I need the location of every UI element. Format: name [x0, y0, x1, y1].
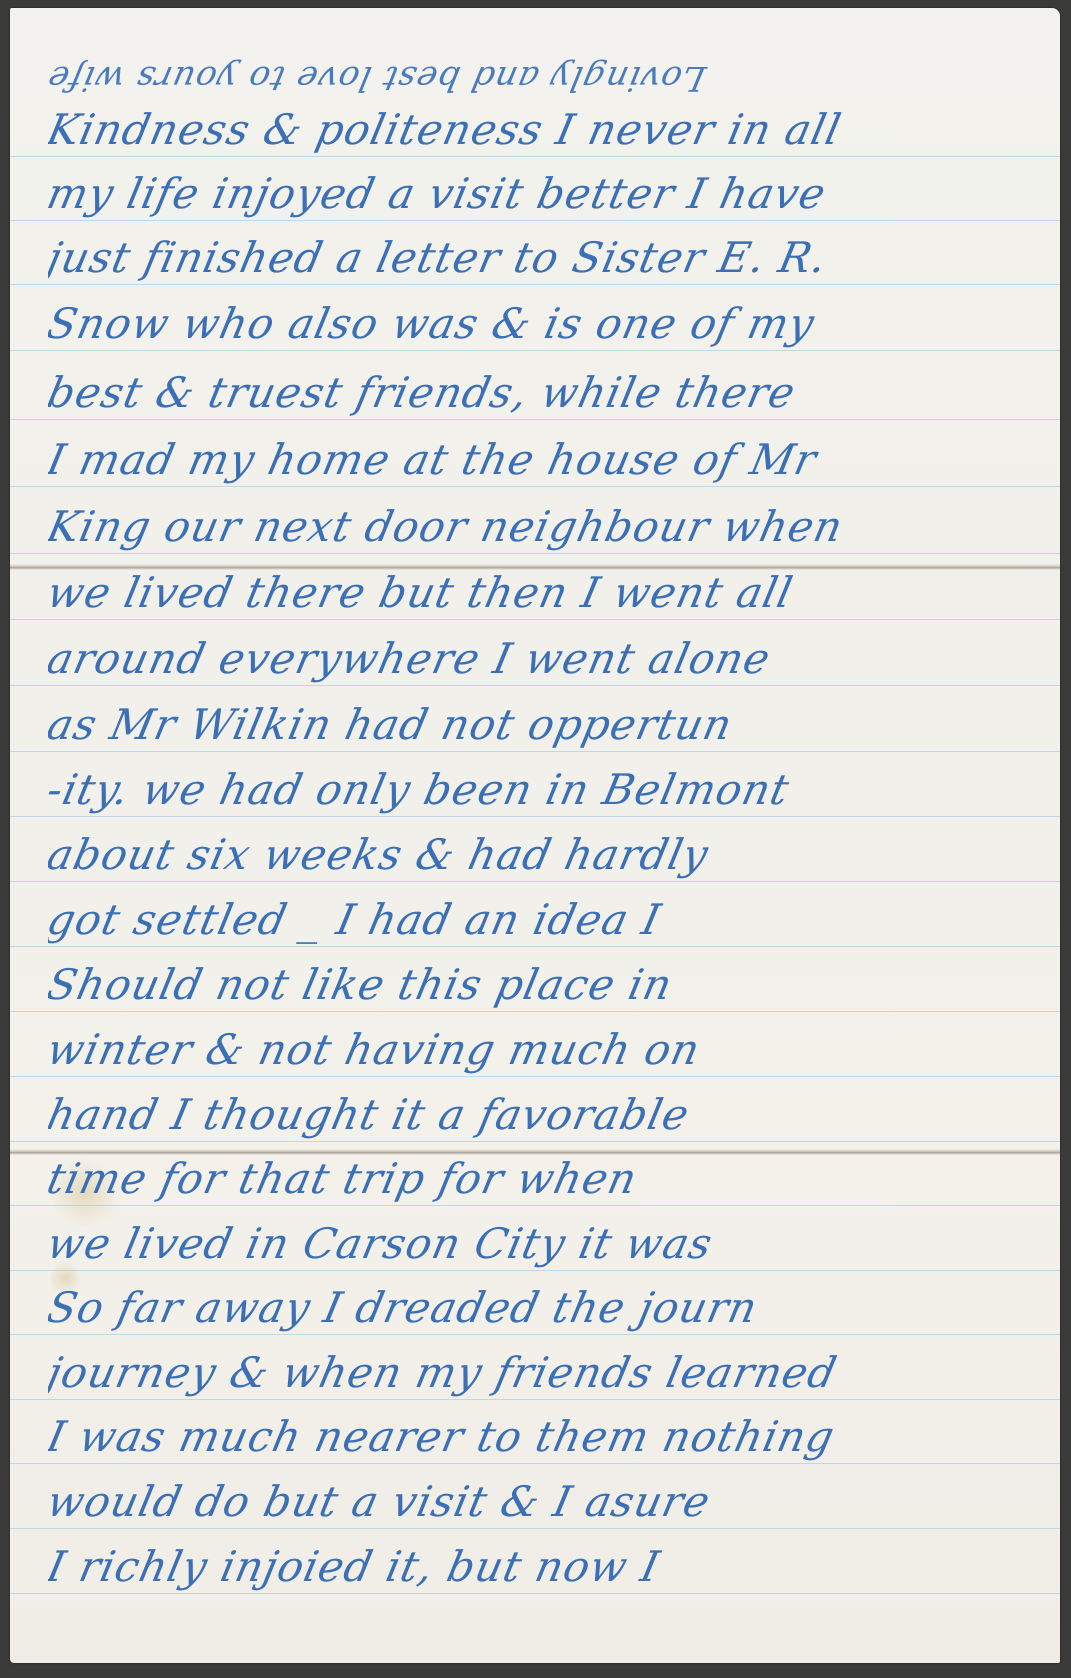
letter-page: Lovingly and best love to yours wife Kin… — [10, 8, 1060, 1663]
letter-line: best & truest friends, while there — [48, 363, 1040, 423]
letter-line: just finished a letter to Sister E. R. — [48, 228, 1040, 288]
letter-line: time for that trip for when — [48, 1149, 1040, 1209]
handwritten-text: just finished a letter to Sister E. R. — [48, 228, 833, 288]
letter-line: got settled _ I had an idea I — [48, 890, 1040, 950]
letter-line: we lived there but then I went all — [48, 563, 1040, 623]
letter-line: I richly injoied it, but now I — [48, 1537, 1040, 1597]
letter-line: my life injoyed a visit better I have — [48, 164, 1040, 224]
letter-line: journey & when my friends learned — [48, 1343, 1040, 1403]
letter-line: -ity. we had only been in Belmont — [48, 760, 1040, 820]
letter-line: Should not like this place in — [48, 955, 1040, 1015]
handwritten-text: time for that trip for when — [48, 1149, 643, 1209]
letter-line: Kindness & politeness I never in all — [48, 100, 1040, 160]
handwritten-text: got settled _ I had an idea I — [48, 890, 667, 950]
handwritten-text: Lovingly and best love to yours wife — [48, 48, 712, 108]
handwritten-text: we lived in Carson City it was — [48, 1214, 718, 1274]
letter-line: Snow who also was & is one of my — [48, 294, 1040, 354]
handwritten-text: hand I thought it a favorable — [48, 1085, 695, 1145]
letter-line: would do but a visit & I asure — [48, 1472, 1040, 1532]
letter-line: winter & not having much on — [48, 1020, 1040, 1080]
handwritten-text: best & truest friends, while there — [48, 363, 801, 423]
letter-line: hand I thought it a favorable — [48, 1085, 1040, 1145]
upside-down-closing-line: Lovingly and best love to yours wife — [48, 48, 1040, 108]
handwritten-text: would do but a visit & I asure — [48, 1472, 716, 1532]
handwritten-text: -ity. we had only been in Belmont — [48, 760, 795, 820]
letter-line: about six weeks & had hardly — [48, 825, 1040, 885]
letter-line: as Mr Wilkin had not oppertun — [48, 695, 1040, 755]
handwritten-text: as Mr Wilkin had not oppertun — [48, 695, 738, 755]
handwritten-text: I mad my home at the house of Mr — [48, 430, 823, 490]
handwritten-text: Snow who also was & is one of my — [48, 294, 820, 354]
handwritten-text: Kindness & politeness I never in all — [48, 100, 847, 160]
letter-line: King our next door neighbour when — [48, 497, 1040, 557]
handwritten-text: I richly injoied it, but now I — [48, 1537, 666, 1597]
handwritten-text: around everywhere I went alone — [48, 629, 776, 689]
letter-line: around everywhere I went alone — [48, 629, 1040, 689]
letter-line: I was much nearer to them nothing — [48, 1407, 1040, 1467]
handwritten-text: King our next door neighbour when — [48, 497, 849, 557]
handwritten-text: journey & when my friends learned — [48, 1343, 843, 1403]
handwritten-text: So far away I dreaded the journ — [48, 1278, 763, 1338]
letter-line: So far away I dreaded the journ — [48, 1278, 1040, 1338]
letter-line: I mad my home at the house of Mr — [48, 430, 1040, 490]
handwritten-text: Should not like this place in — [48, 955, 678, 1015]
handwritten-text: we lived there but then I went all — [48, 563, 799, 623]
letter-line: we lived in Carson City it was — [48, 1214, 1040, 1274]
handwritten-text: my life injoyed a visit better I have — [48, 164, 832, 224]
handwritten-text: winter & not having much on — [48, 1020, 706, 1080]
handwritten-text: I was much nearer to them nothing — [48, 1407, 840, 1467]
handwritten-text: about six weeks & had hardly — [48, 825, 714, 885]
